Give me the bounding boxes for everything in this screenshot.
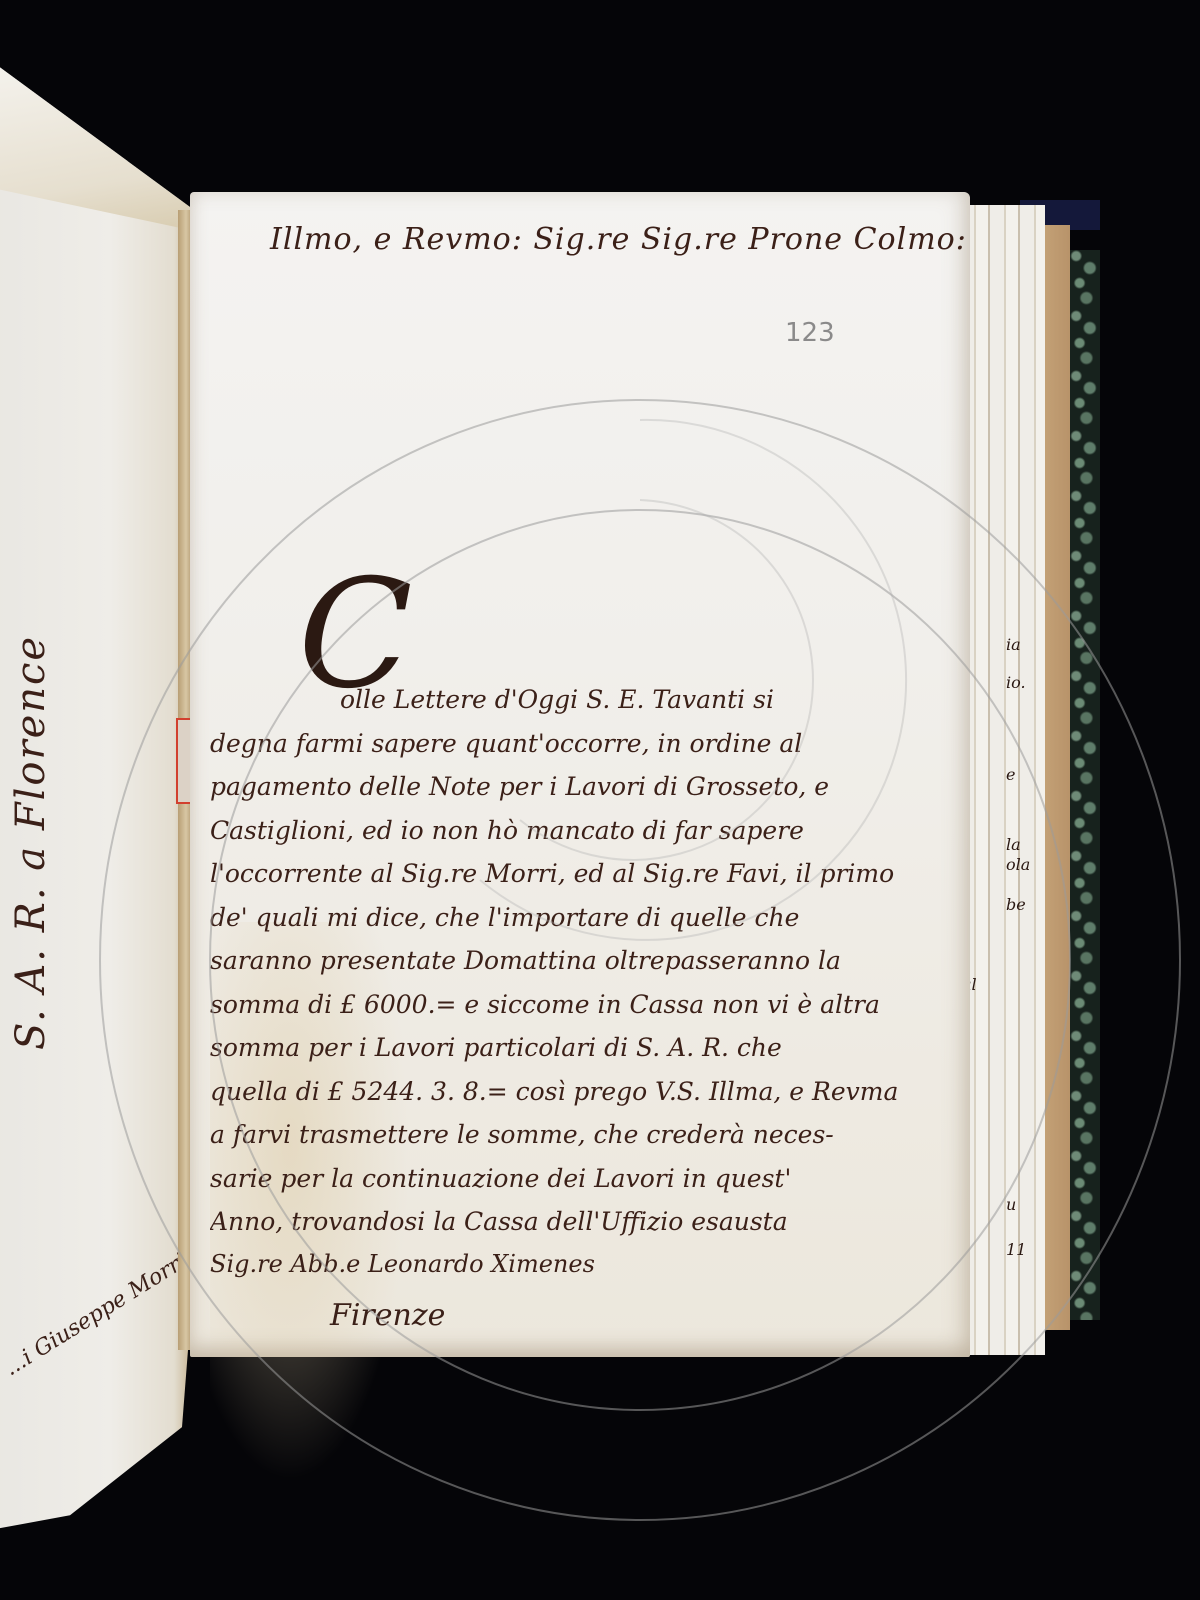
letter-salutation: Illmo, e Revmo: Sig.re Sig.re Prone Colm… [270, 222, 967, 257]
letter-line: de' quali mi dice, che l'importare di qu… [210, 896, 960, 940]
letter-line: a farvi trasmettere le somme, che creder… [210, 1113, 960, 1157]
folio-number: 123 [785, 318, 835, 348]
letter-line: saranno presentate Domattina oltrepasser… [210, 939, 960, 983]
letter-line: sarie per la continuazione dei Lavori in… [210, 1157, 960, 1201]
edge-fragment: be [1006, 895, 1026, 914]
letter-body: olle Lettere d'Oggi S. E. Tavanti si deg… [210, 678, 960, 1244]
edge-fragment: u [1006, 1195, 1016, 1214]
letter-line: Castiglioni, ed io non hò mancato di far… [210, 809, 960, 853]
letter-place: Firenze [330, 1298, 445, 1333]
letter-line: Anno, trovandosi la Cassa dell'Uffizio e… [210, 1200, 960, 1244]
edge-fragment: 11 [1006, 1240, 1026, 1259]
left-page-fold [0, 60, 190, 230]
edge-fragment: ia [1006, 635, 1021, 654]
edge-fragment: e [1006, 765, 1015, 784]
left-page-address: S. A. R. a Florence [8, 530, 54, 1050]
letter-addressee: Sig.re Abb.e Leonardo Ximenes [210, 1250, 595, 1278]
letter-line: l'occorrente al Sig.re Morri, ed al Sig.… [210, 852, 960, 896]
letter-line: pagamento delle Note per i Lavori di Gro… [210, 765, 960, 809]
letter-line: olle Lettere d'Oggi S. E. Tavanti si [210, 678, 960, 722]
page-stack-edge: ia io. e la ola be al u 11 [960, 205, 1045, 1355]
edge-fragment: la [1006, 835, 1021, 854]
edge-fragment: ola [1006, 855, 1030, 874]
letter-line: somma per i Lavori particolari di S. A. … [210, 1026, 960, 1070]
marbled-cover-edge [1066, 250, 1100, 1320]
letter-line: somma di £ 6000.= e siccome in Cassa non… [210, 983, 960, 1027]
document-photo: S. A. R. a Florence ...i Giuseppe Morri … [0, 0, 1200, 1600]
letter-line: quella di £ 5244. 3. 8.= così prego V.S.… [210, 1070, 960, 1114]
letter-line: degna farmi sapere quant'occorre, in ord… [210, 722, 960, 766]
edge-fragment: io. [1006, 673, 1026, 692]
